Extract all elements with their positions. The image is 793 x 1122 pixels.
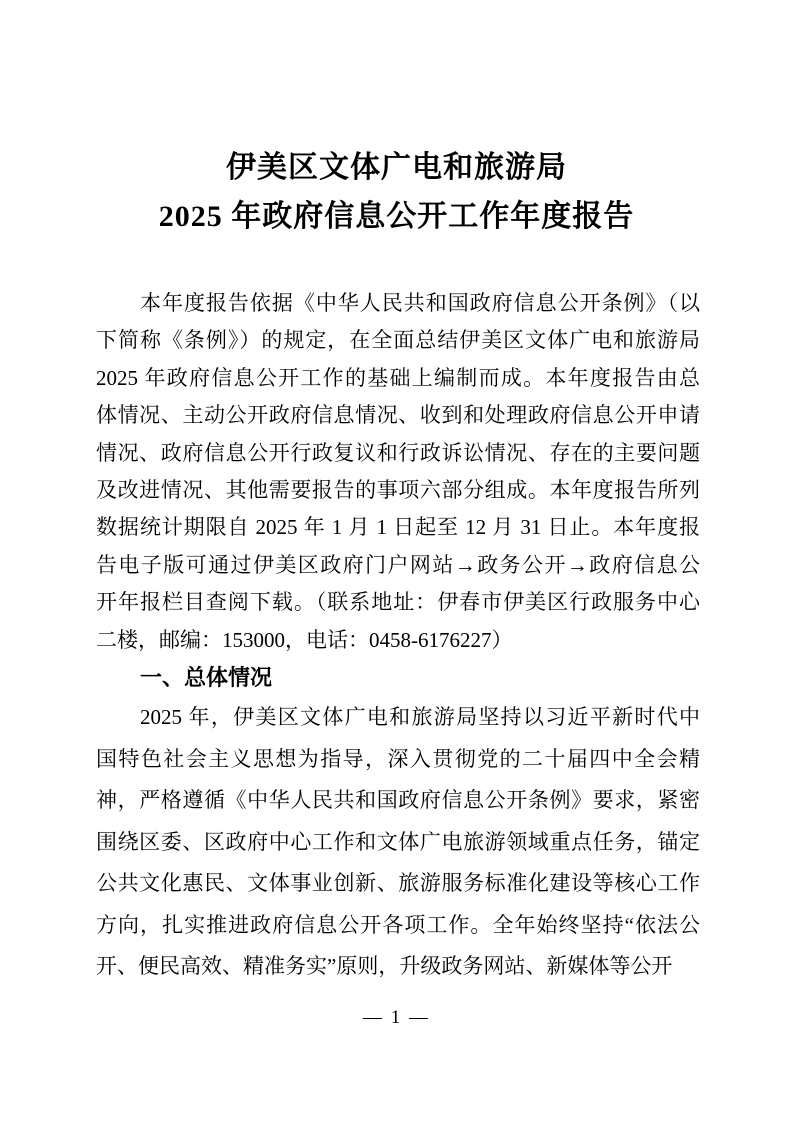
page-number: — 1 — bbox=[0, 1005, 793, 1031]
body-line: 神，严格遵循《中华人民共和国政府信息公开条例》要求，紧密 bbox=[96, 780, 700, 822]
title-line-2: 2025 年政府信息公开工作年度报告 bbox=[0, 192, 793, 241]
body-line: 方向，扎实推进政府信息公开各项工作。全年始终坚持“依法公 bbox=[96, 905, 700, 947]
document-body: 本年度报告依据《中华人民共和国政府信息公开条例》（以下简称《条例》）的规定，在全… bbox=[96, 285, 700, 988]
paragraph: 2025 年，伊美区文体广电和旅游局坚持以习近平新时代中国特色社会主义思想为指导… bbox=[96, 697, 700, 988]
body-line: 2025 年，伊美区文体广电和旅游局坚持以习近平新时代中 bbox=[96, 697, 700, 739]
body-line: 二楼，邮编：153000，电话：0458-6176227） bbox=[96, 622, 700, 659]
document-page: 伊美区文体广电和旅游局 2025 年政府信息公开工作年度报告 本年度报告依据《中… bbox=[0, 0, 793, 1122]
body-line: 开年报栏目查阅下载。（联系地址：伊春市伊美区行政服务中心 bbox=[96, 584, 700, 621]
body-line: 开、便民高效、精准务实”原则，升级政务网站、新媒体等公开 bbox=[96, 946, 700, 988]
body-line: 情况、政府信息公开行政复议和行政诉讼情况、存在的主要问题 bbox=[96, 435, 700, 472]
body-line: 公共文化惠民、文体事业创新、旅游服务标准化建设等核心工作 bbox=[96, 863, 700, 905]
body-line: 2025 年政府信息公开工作的基础上编制而成。本年度报告由总 bbox=[96, 360, 700, 397]
title-line-1: 伊美区文体广电和旅游局 bbox=[0, 143, 793, 192]
body-line: 告电子版可通过伊美区政府门户网站→政务公开→政府信息公 bbox=[96, 547, 700, 584]
body-line: 及改进情况、其他需要报告的事项六部分组成。本年度报告所列 bbox=[96, 472, 700, 509]
body-line: 体情况、主动公开政府信息情况、收到和处理政府信息公开申请 bbox=[96, 397, 700, 434]
document-title: 伊美区文体广电和旅游局 2025 年政府信息公开工作年度报告 bbox=[0, 143, 793, 241]
section-heading: 一、总体情况 bbox=[96, 659, 700, 697]
body-line: 围绕区委、区政府中心工作和文体广电旅游领域重点任务，锚定 bbox=[96, 822, 700, 864]
paragraph: 本年度报告依据《中华人民共和国政府信息公开条例》（以下简称《条例》）的规定，在全… bbox=[96, 285, 700, 659]
body-line: 本年度报告依据《中华人民共和国政府信息公开条例》（以 bbox=[96, 285, 700, 322]
body-line: 数据统计期限自 2025 年 1 月 1 日起至 12 月 31 日止。本年度报 bbox=[96, 509, 700, 546]
body-line: 下简称《条例》）的规定，在全面总结伊美区文体广电和旅游局 bbox=[96, 322, 700, 359]
heading-text: 一、总体情况 bbox=[96, 659, 700, 697]
body-line: 国特色社会主义思想为指导，深入贯彻党的二十届四中全会精 bbox=[96, 739, 700, 781]
